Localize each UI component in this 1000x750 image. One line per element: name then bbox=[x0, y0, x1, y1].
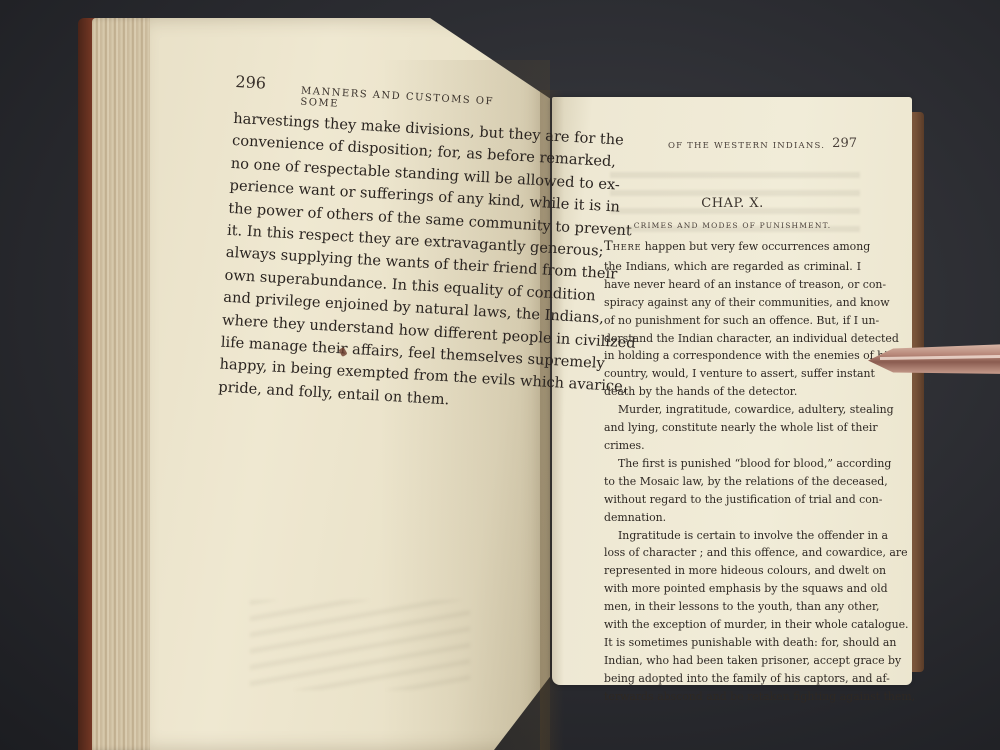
left-page-body: harvestings they make divisions, but the… bbox=[218, 108, 532, 415]
text-line-first: There happen but very few occurrences am… bbox=[604, 238, 861, 258]
text-line: Indian, who had been taken prisoner, acc… bbox=[604, 652, 861, 670]
text-line: The first is punished “blood for blood,”… bbox=[604, 455, 861, 473]
text-line: country, would, I venture to assert, suf… bbox=[604, 365, 861, 383]
text-line: loss of character ; and this offence, an… bbox=[604, 544, 861, 562]
text-line: being adopted into the family of his cap… bbox=[604, 670, 861, 688]
text-fragment: happen but very few occurrences among bbox=[641, 240, 870, 253]
text-line: demnation. bbox=[604, 509, 861, 527]
text-line: and lying, constitute nearly the whole l… bbox=[604, 419, 861, 437]
chapter-subtitle: Crimes and Modes of Punishment. bbox=[604, 221, 861, 230]
left-page-text: 296 Manners and Customs of Some harvesti… bbox=[218, 72, 534, 415]
text-line: Murder, ingratitude, cowardice, adultery… bbox=[604, 401, 861, 419]
text-line: Ingratitude is certain to involve the of… bbox=[604, 527, 861, 545]
text-line: with the exception of murder, in their w… bbox=[604, 616, 861, 634]
bleed-through-left bbox=[250, 600, 470, 690]
text-line: in holding a correspondence with the ene… bbox=[604, 347, 861, 365]
text-line: of no punishment for such an offence. Bu… bbox=[604, 312, 861, 330]
right-page-header: Of the Western Indians. 297 bbox=[604, 138, 861, 158]
small-caps-word: here bbox=[613, 243, 642, 253]
text-line: spiracy against any of their communities… bbox=[604, 294, 861, 312]
running-head-right: Of the Western Indians. bbox=[668, 141, 825, 151]
right-page-body: There happen but very few occurrences am… bbox=[604, 238, 861, 706]
text-line: death by the hands of the detector. bbox=[604, 383, 861, 401]
page-number-right: 297 bbox=[832, 136, 857, 151]
text-line: terwards abscond and be retaken fighting… bbox=[604, 688, 861, 706]
text-line: men, in their lessons to the youth, than… bbox=[604, 598, 861, 616]
initial-capital: T bbox=[604, 239, 613, 254]
text-line: the Indians, which are regarded as crimi… bbox=[604, 258, 861, 276]
text-line: with more pointed emphasis by the squaws… bbox=[604, 580, 861, 598]
text-line: without regard to the justification of t… bbox=[604, 491, 861, 509]
book-photo-scene: 296 Manners and Customs of Some harvesti… bbox=[0, 0, 1000, 750]
text-line: It is sometimes punishable with death: f… bbox=[604, 634, 861, 652]
page-number-left: 296 bbox=[235, 72, 267, 93]
chapter-title: CHAP. X. bbox=[604, 196, 861, 211]
text-line: derstand the Indian character, an indivi… bbox=[604, 330, 861, 348]
right-page-text: Of the Western Indians. 297 CHAP. X. Cri… bbox=[604, 138, 861, 706]
text-line: have never heard of an instance of treas… bbox=[604, 276, 861, 294]
text-line: to the Mosaic law, by the relations of t… bbox=[604, 473, 861, 491]
text-line: crimes. bbox=[604, 437, 861, 455]
text-line: represented in more hideous colours, and… bbox=[604, 562, 861, 580]
